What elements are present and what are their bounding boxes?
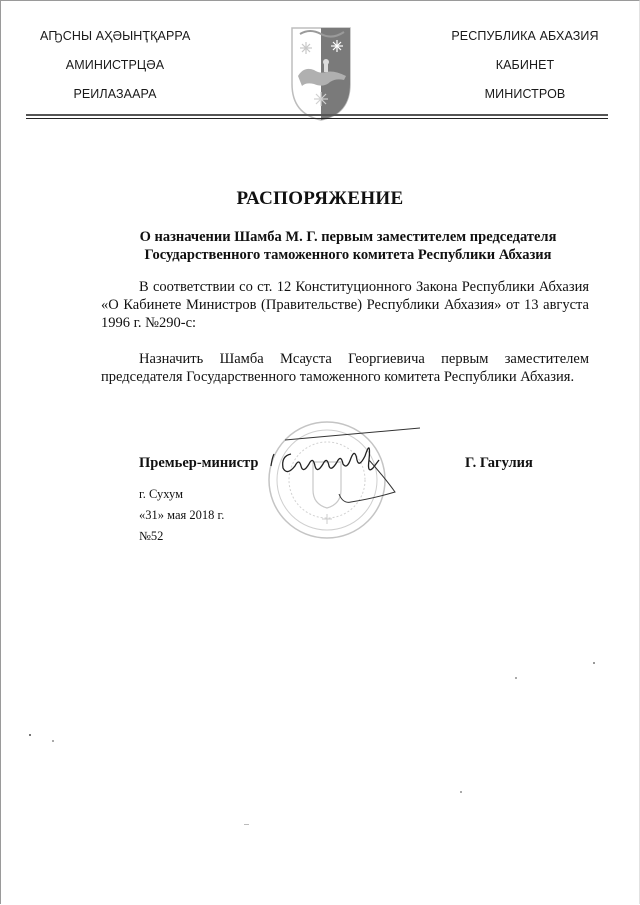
letterhead-russian: РЕСПУБЛИКА АБХАЗИЯ КАБИНЕТ МИНИСТРОВ <box>445 22 605 109</box>
signatory-name: Г. Гагулия <box>465 455 533 472</box>
letterhead-russian-line-3: МИНИСТРОВ <box>445 80 605 109</box>
scan-speck <box>244 824 249 825</box>
scan-speck <box>593 662 595 664</box>
document-subject: О назначении Шамба М. Г. первым заместит… <box>100 228 596 264</box>
letterhead-abkhaz-line-3: РЕИЛАЗААРА <box>40 80 190 109</box>
scan-speck <box>515 677 517 679</box>
document-date: «31» мая 2018 г. <box>139 508 224 523</box>
body-paragraph-basis: В соответствии со ст. 12 Конституционног… <box>101 278 589 332</box>
letterhead-abkhaz: АҦСНЫ АҲӘЫНҬҚАРРА АМИНИСТРЦӘА РЕИЛАЗААРА <box>40 22 190 109</box>
document-title: РАСПОРЯЖЕНИЕ <box>0 188 640 210</box>
letterhead-abkhaz-line-2: АМИНИСТРЦӘА <box>40 51 190 80</box>
letterhead-russian-line-1: РЕСПУБЛИКА АБХАЗИЯ <box>445 22 605 51</box>
letterhead-russian-line-2: КАБИНЕТ <box>445 51 605 80</box>
letterhead-rule-thick <box>26 114 608 116</box>
handwritten-signature-icon <box>255 418 420 546</box>
subject-line-1: О назначении Шамба М. Г. первым заместит… <box>100 228 596 246</box>
letterhead-rule-thin <box>26 118 608 119</box>
letterhead-abkhaz-line-1: АҦСНЫ АҲӘЫНҬҚАРРА <box>40 22 190 51</box>
scan-speck <box>52 740 54 742</box>
scan-speck <box>460 791 462 793</box>
signatory-role: Премьер-министр <box>139 455 258 472</box>
coat-of-arms-icon <box>290 26 352 122</box>
subject-line-2: Государственного таможенного комитета Ре… <box>100 246 596 264</box>
document-city: г. Сухум <box>139 487 183 502</box>
body-paragraph-order: Назначить Шамба Мсауста Георгиевича перв… <box>101 350 589 386</box>
document-number: №52 <box>139 529 163 544</box>
scan-speck <box>29 734 31 736</box>
